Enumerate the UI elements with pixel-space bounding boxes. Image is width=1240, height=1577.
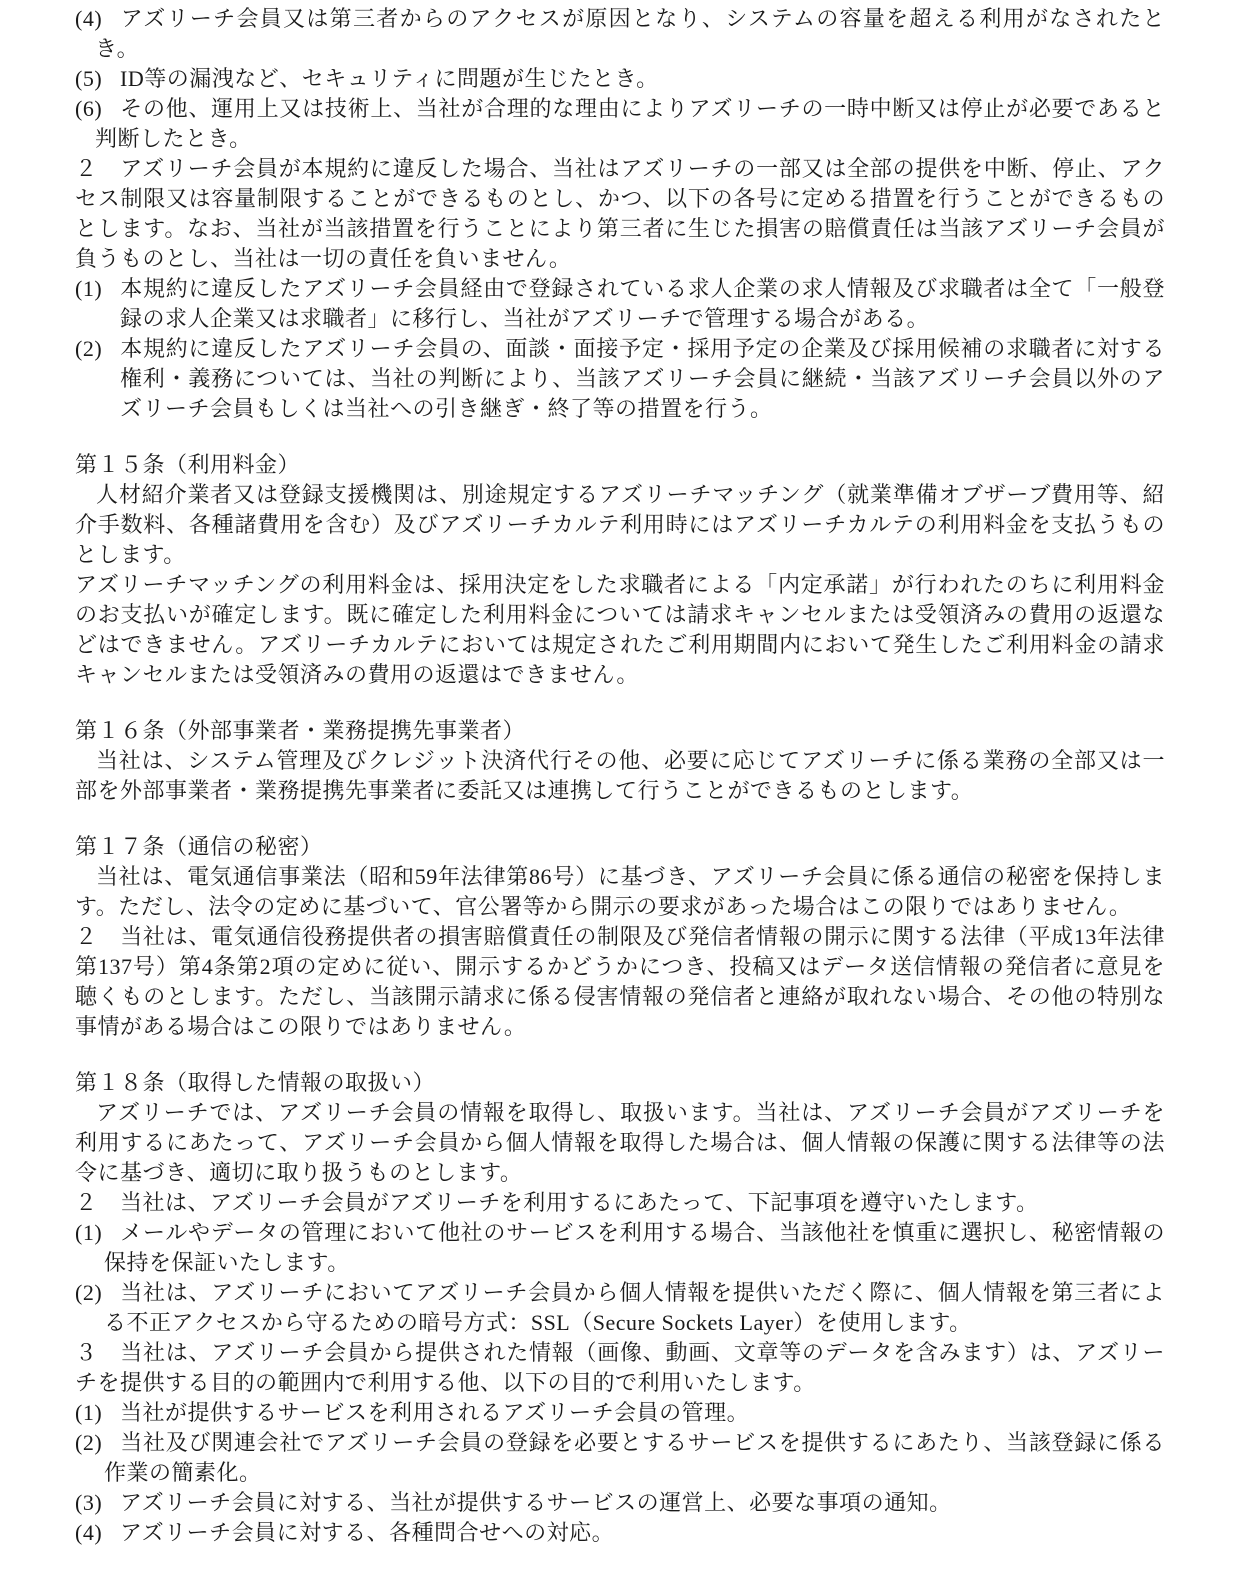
clause-paragraph: ３当社は、アズリーチ会員から提供された情報（画像、動画、文章等のデータを含みます… — [75, 1338, 1165, 1398]
clause-text: 当社は、アズリーチ会員から提供された情報（画像、動画、文章等のデータを含みます）… — [75, 1340, 1165, 1395]
section-heading: 第１８条（取得した情報の取扱い） — [75, 1068, 1165, 1098]
list-item: (1)当社が提供するサービスを利用されるアズリーチ会員の管理。 — [75, 1398, 1165, 1428]
section-heading: 第１７条（通信の秘密） — [75, 832, 1165, 862]
list-item-text: 当社が提供するサービスを利用されるアズリーチ会員の管理。 — [120, 1400, 749, 1425]
terms-document-page: (4)アズリーチ会員又は第三者からのアクセスが原因となり、システムの容量を超える… — [0, 0, 1240, 1548]
list-item-marker: (6) — [75, 94, 120, 124]
paragraph: 当社は、システム管理及びクレジット決済代行その他、必要に応じてアズリーチに係る業… — [75, 746, 1165, 806]
clause-paragraph: ２当社は、電気通信役務提供者の損害賠償責任の制限及び発信者情報の開示に関する法律… — [75, 922, 1165, 1042]
clause-text: 当社は、アズリーチ会員がアズリーチを利用するにあたって、下記事項を遵守いたします… — [120, 1190, 1039, 1215]
list-item-marker: (2) — [75, 1278, 120, 1308]
clause-number: ２ — [75, 922, 120, 952]
list-item-marker: (1) — [75, 1218, 120, 1248]
clause-text: 当社は、電気通信役務提供者の損害賠償責任の制限及び発信者情報の開示に関する法律（… — [75, 924, 1165, 1039]
list-item-text: メールやデータの管理において他社のサービスを利用する場合、当該他社を慎重に選択し… — [104, 1220, 1165, 1275]
list-item-text: アズリーチ会員に対する、各種問合せへの対応。 — [120, 1520, 614, 1545]
list-item-text: アズリーチ会員に対する、当社が提供するサービスの運営上、必要な事項の通知。 — [120, 1490, 952, 1515]
list-item-text: ID等の漏洩など、セキュリティに問題が生じたとき。 — [120, 66, 659, 91]
clause-paragraph: ２当社は、アズリーチ会員がアズリーチを利用するにあたって、下記事項を遵守いたしま… — [75, 1188, 1165, 1218]
list-item: (4)アズリーチ会員に対する、各種問合せへの対応。 — [75, 1518, 1165, 1548]
list-item: (3)アズリーチ会員に対する、当社が提供するサービスの運営上、必要な事項の通知。 — [75, 1488, 1165, 1518]
list-item-marker: (3) — [75, 1488, 120, 1518]
list-item-marker: (5) — [75, 64, 120, 94]
list-item-marker: (2) — [75, 1428, 120, 1458]
list-item-marker: (4) — [75, 1518, 120, 1548]
paragraph: アズリーチでは、アズリーチ会員の情報を取得し、取扱います。当社は、アズリーチ会員… — [75, 1098, 1165, 1188]
paragraph: 当社は、電気通信事業法（昭和59年法律第86号）に基づき、アズリーチ会員に係る通… — [75, 862, 1165, 922]
list-item-text: 当社は、アズリーチにおいてアズリーチ会員から個人情報を提供いただく際に、個人情報… — [104, 1280, 1165, 1335]
clause-text: アズリーチ会員が本規約に違反した場合、当社はアズリーチの一部又は全部の提供を中断… — [75, 156, 1165, 271]
list-item: (1)メールやデータの管理において他社のサービスを利用する場合、当該他社を慎重に… — [75, 1218, 1165, 1278]
paragraph: 人材紹介業者又は登録支援機関は、別途規定するアズリーチマッチング（就業準備オブザ… — [75, 480, 1165, 570]
list-item: (5)ID等の漏洩など、セキュリティに問題が生じたとき。 — [75, 64, 1165, 94]
list-item: (6)その他、運用上又は技術上、当社が合理的な理由によりアズリーチの一時中断又は… — [75, 94, 1165, 154]
list-item-text: 本規約に違反したアズリーチ会員の、面談・面接予定・採用予定の企業及び採用候補の求… — [120, 336, 1165, 421]
list-item-text: 本規約に違反したアズリーチ会員経由で登録されている求人企業の求人情報及び求職者は… — [120, 276, 1165, 331]
paragraph: アズリーチマッチングの利用料金は、採用決定をした求職者による「内定承諾」が行われ… — [75, 570, 1165, 690]
clause-number: ２ — [75, 154, 120, 184]
clause-number: ３ — [75, 1338, 120, 1368]
clause-paragraph: ２アズリーチ会員が本規約に違反した場合、当社はアズリーチの一部又は全部の提供を中… — [75, 154, 1165, 274]
list-item: (4)アズリーチ会員又は第三者からのアクセスが原因となり、システムの容量を超える… — [75, 4, 1165, 64]
list-item-marker: (1) — [75, 274, 120, 304]
clause-number: ２ — [75, 1188, 120, 1218]
list-item: (2)当社及び関連会社でアズリーチ会員の登録を必要とするサービスを提供するにあた… — [75, 1428, 1165, 1488]
list-item-text: 当社及び関連会社でアズリーチ会員の登録を必要とするサービスを提供するにあたり、当… — [104, 1430, 1165, 1485]
list-item-text: その他、運用上又は技術上、当社が合理的な理由によりアズリーチの一時中断又は停止が… — [95, 96, 1165, 151]
list-item: (2)本規約に違反したアズリーチ会員の、面談・面接予定・採用予定の企業及び採用候… — [75, 334, 1165, 424]
list-item: (2)当社は、アズリーチにおいてアズリーチ会員から個人情報を提供いただく際に、個… — [75, 1278, 1165, 1338]
list-item: (1)本規約に違反したアズリーチ会員経由で登録されている求人企業の求人情報及び求… — [75, 274, 1165, 334]
list-item-marker: (1) — [75, 1398, 120, 1428]
list-item-marker: (4) — [75, 4, 120, 34]
list-item-marker: (2) — [75, 334, 120, 364]
section-heading: 第１６条（外部事業者・業務提携先事業者） — [75, 716, 1165, 746]
list-item-text: アズリーチ会員又は第三者からのアクセスが原因となり、システムの容量を超える利用が… — [95, 6, 1165, 61]
section-heading: 第１５条（利用料金） — [75, 450, 1165, 480]
